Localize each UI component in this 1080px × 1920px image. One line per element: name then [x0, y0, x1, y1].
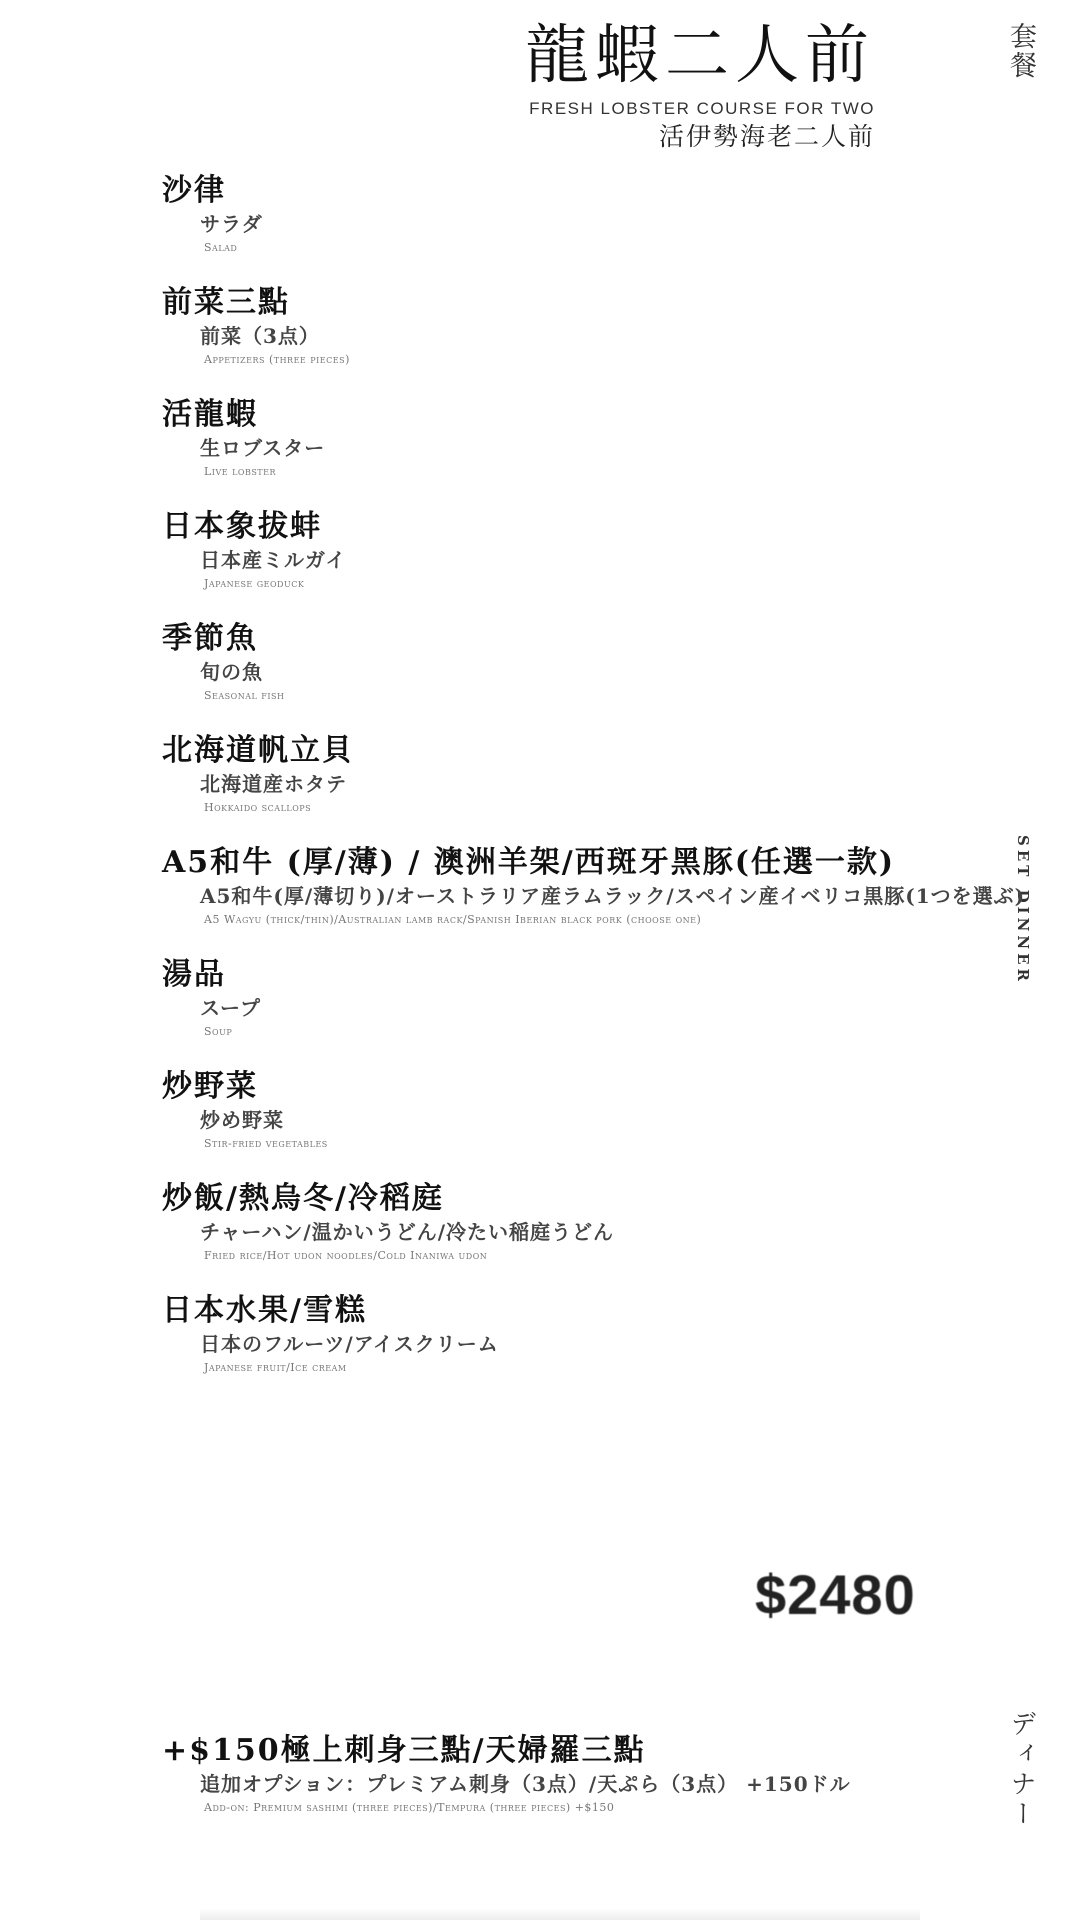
item-name-chinese: 前菜三點: [162, 284, 1025, 322]
addon-name-english: Add-on: Premium sashimi (three pieces)/T…: [204, 1798, 851, 1818]
item-name-japanese: サラダ: [200, 210, 1025, 238]
item-name-japanese: スープ: [200, 994, 1025, 1022]
menu-item-soup: 湯品 スープ Soup: [162, 956, 1025, 1068]
item-name-english: Soup: [204, 1022, 1025, 1042]
addon-name-japanese: 追加オプション：プレミアム刺身（3点）/天ぷら（3点） +150ドル: [200, 1770, 851, 1798]
menu-item-geoduck: 日本象拔蚌 日本産ミルガイ Japanese geoduck: [162, 508, 1025, 620]
item-name-english: Stir-fried vegetables: [204, 1134, 1025, 1154]
menu-item-live-lobster: 活龍蝦 生ロブスター Live lobster: [162, 396, 1025, 508]
item-name-english: Appetizers (three pieces): [204, 350, 1025, 370]
course-subtitle-japanese: 活伊勢海老二人前: [525, 120, 875, 154]
item-name-chinese: A5和牛 (厚/薄) / 澳洲羊架/西斑牙黑豚(任選一款): [162, 844, 1025, 882]
course-price: $2480: [755, 1562, 916, 1627]
menu-item-appetizers: 前菜三點 前菜（3点） Appetizers (three pieces): [162, 284, 1025, 396]
item-name-english: Salad: [204, 238, 1025, 258]
item-name-english: Hokkaido scallops: [204, 798, 1025, 818]
item-name-chinese: 炒野菜: [162, 1068, 1025, 1106]
item-name-english: Japanese fruit/Ice cream: [204, 1358, 1025, 1378]
item-name-english: A5 Wagyu (thick/thin)/Australian lamb ra…: [204, 910, 1025, 930]
item-name-japanese: 日本産ミルガイ: [200, 546, 1025, 574]
side-label-dinner-jp: ディナー: [1003, 1710, 1040, 1830]
menu-item-main-choice: A5和牛 (厚/薄) / 澳洲羊架/西斑牙黑豚(任選一款) A5和牛(厚/薄切り…: [162, 844, 1025, 956]
item-name-japanese: 日本のフルーツ/アイスクリーム: [200, 1330, 1025, 1358]
item-name-chinese: 活龍蝦: [162, 396, 1025, 434]
item-name-chinese: 季節魚: [162, 620, 1025, 658]
item-name-chinese: 日本水果/雪糕: [162, 1292, 1025, 1330]
menu-header: 龍蝦二人前 FRESH LOBSTER COURSE FOR TWO 活伊勢海老…: [525, 18, 875, 154]
item-name-english: Seasonal fish: [204, 686, 1025, 706]
item-name-japanese: A5和牛(厚/薄切り)/オーストラリア産ラムラック/スペイン産イベリコ黒豚(1つ…: [200, 882, 1025, 910]
course-subtitle-english: FRESH LOBSTER COURSE FOR TWO: [525, 98, 875, 120]
item-name-japanese: チャーハン/温かいうどん/冷たい稲庭うどん: [200, 1218, 1025, 1246]
item-name-english: Fried rice/Hot udon noodles/Cold Inaniwa…: [204, 1246, 1025, 1266]
menu-item-vegetables: 炒野菜 炒め野菜 Stir-fried vegetables: [162, 1068, 1025, 1180]
item-name-japanese: 炒め野菜: [200, 1106, 1025, 1134]
cutoff-text-fragment: [200, 1908, 920, 1920]
item-name-english: Japanese geoduck: [204, 574, 1025, 594]
item-name-japanese: 旬の魚: [200, 658, 1025, 686]
side-label-set-meal: 套餐: [1001, 22, 1040, 80]
course-menu-list: 沙律 サラダ Salad 前菜三點 前菜（3点） Appetizers (thr…: [162, 172, 1025, 1404]
menu-item-rice-noodles: 炒飯/熱烏冬/冷稻庭 チャーハン/温かいうどん/冷たい稲庭うどん Fried r…: [162, 1180, 1025, 1292]
item-name-japanese: 北海道産ホタテ: [200, 770, 1025, 798]
item-name-chinese: 沙律: [162, 172, 1025, 210]
addon-option: +$150極上刺身三點/天婦羅三點 追加オプション：プレミアム刺身（3点）/天ぷ…: [162, 1732, 851, 1818]
item-name-chinese: 北海道帆立貝: [162, 732, 1025, 770]
menu-item-scallops: 北海道帆立貝 北海道産ホタテ Hokkaido scallops: [162, 732, 1025, 844]
item-name-english: Live lobster: [204, 462, 1025, 482]
item-name-japanese: 前菜（3点）: [200, 322, 1025, 350]
item-name-chinese: 湯品: [162, 956, 1025, 994]
menu-item-salad: 沙律 サラダ Salad: [162, 172, 1025, 284]
course-title: 龍蝦二人前: [525, 18, 875, 94]
item-name-chinese: 炒飯/熱烏冬/冷稻庭: [162, 1180, 1025, 1218]
menu-item-seasonal-fish: 季節魚 旬の魚 Seasonal fish: [162, 620, 1025, 732]
item-name-chinese: 日本象拔蚌: [162, 508, 1025, 546]
menu-item-dessert: 日本水果/雪糕 日本のフルーツ/アイスクリーム Japanese fruit/I…: [162, 1292, 1025, 1404]
item-name-japanese: 生ロブスター: [200, 434, 1025, 462]
addon-name-chinese: +$150極上刺身三點/天婦羅三點: [162, 1732, 851, 1770]
